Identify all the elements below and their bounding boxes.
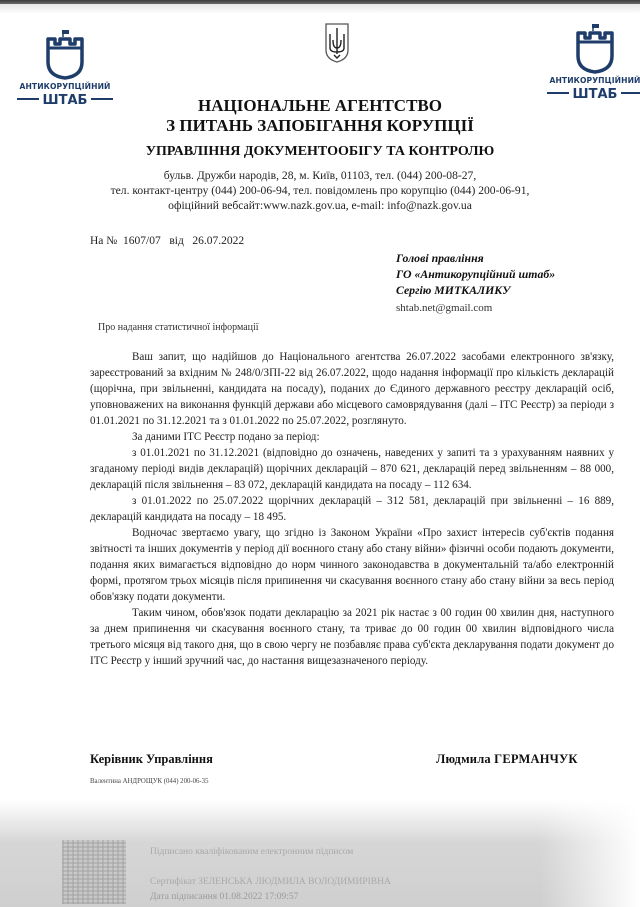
signed-date: Дата підписання 01.08.2022 17:09:57	[150, 892, 298, 902]
signer-name: Людмила ГЕРМАНЧУК	[436, 752, 578, 767]
certificate-text: Сертифікат ЗЕЛЕНСЬКА ЛЮДМИЛА ВОЛОДИМИРІВ…	[150, 877, 391, 887]
body-paragraph: з 01.01.2022 по 25.07.2022 щорічних декл…	[90, 493, 614, 525]
top-shadow	[0, 4, 640, 14]
department-name: УПРАВЛІННЯ ДОКУМЕНТООБІГУ ТА КОНТРОЛЮ	[0, 144, 640, 160]
body-paragraph: За даними ІТС Реєстр подано за період:	[90, 429, 614, 445]
e-signature-stamp-text: Підписано кваліфікованим електронним під…	[150, 847, 353, 857]
tower-shield-icon	[573, 24, 617, 74]
address-line: бульв. Дружби народів, 28, м. Київ, 0110…	[0, 168, 640, 183]
website-email-line: офіційний вебсайт:www.nazk.gov.ua, e-mai…	[0, 198, 640, 213]
letter-body: Ваш запит, що надійшов до Національного …	[90, 349, 614, 669]
logo-text-top: АНТИКОРУПЦІЙНИЙ	[10, 82, 120, 91]
recipient-name: Сергію МИТКАЛИКУ	[396, 282, 555, 298]
agency-name-line2: З ПИТАНЬ ЗАПОБІГАННЯ КОРУПЦІЇ	[0, 116, 640, 136]
tower-shield-icon	[43, 30, 87, 80]
reference-number: На № 1607/07 від 26.07.2022	[90, 235, 244, 247]
body-paragraph: Водночас звертаємо увагу, що згідно із З…	[90, 525, 614, 605]
logo-text-top: АНТИКОРУПЦІЙНИЙ	[540, 76, 640, 85]
contact-phones-line: тел. контакт-центру (044) 200-06-94, тел…	[0, 183, 640, 198]
executor-contact: Валентина АНДРОЩУК (044) 200-06-35	[90, 778, 208, 785]
trident-coat-of-arms-icon	[324, 22, 350, 69]
recipient-email: shtab.net@gmail.com	[396, 300, 555, 316]
recipient-block: Голові правління ГО «Антикорупційний шта…	[396, 250, 555, 316]
body-paragraph: Ваш запит, що надійшов до Національного …	[90, 349, 614, 429]
body-paragraph: з 01.01.2021 по 31.12.2021 (відповідно д…	[90, 445, 614, 493]
body-paragraph: Таким чином, обов'язок подати декларацію…	[90, 605, 614, 669]
recipient-position: Голові правління	[396, 250, 555, 266]
recipient-organization: ГО «Антикорупційний штаб»	[396, 266, 555, 282]
qr-code-icon	[62, 840, 126, 904]
letter-subject: Про надання статистичної інформації	[98, 322, 259, 333]
anticorruption-hq-logo-right: АНТИКОРУПЦІЙНИЙ ШТАБ	[540, 24, 640, 103]
signer-title: Керівник Управління	[90, 752, 213, 767]
agency-name-line1: НАЦІОНАЛЬНЕ АГЕНТСТВО	[0, 96, 640, 116]
